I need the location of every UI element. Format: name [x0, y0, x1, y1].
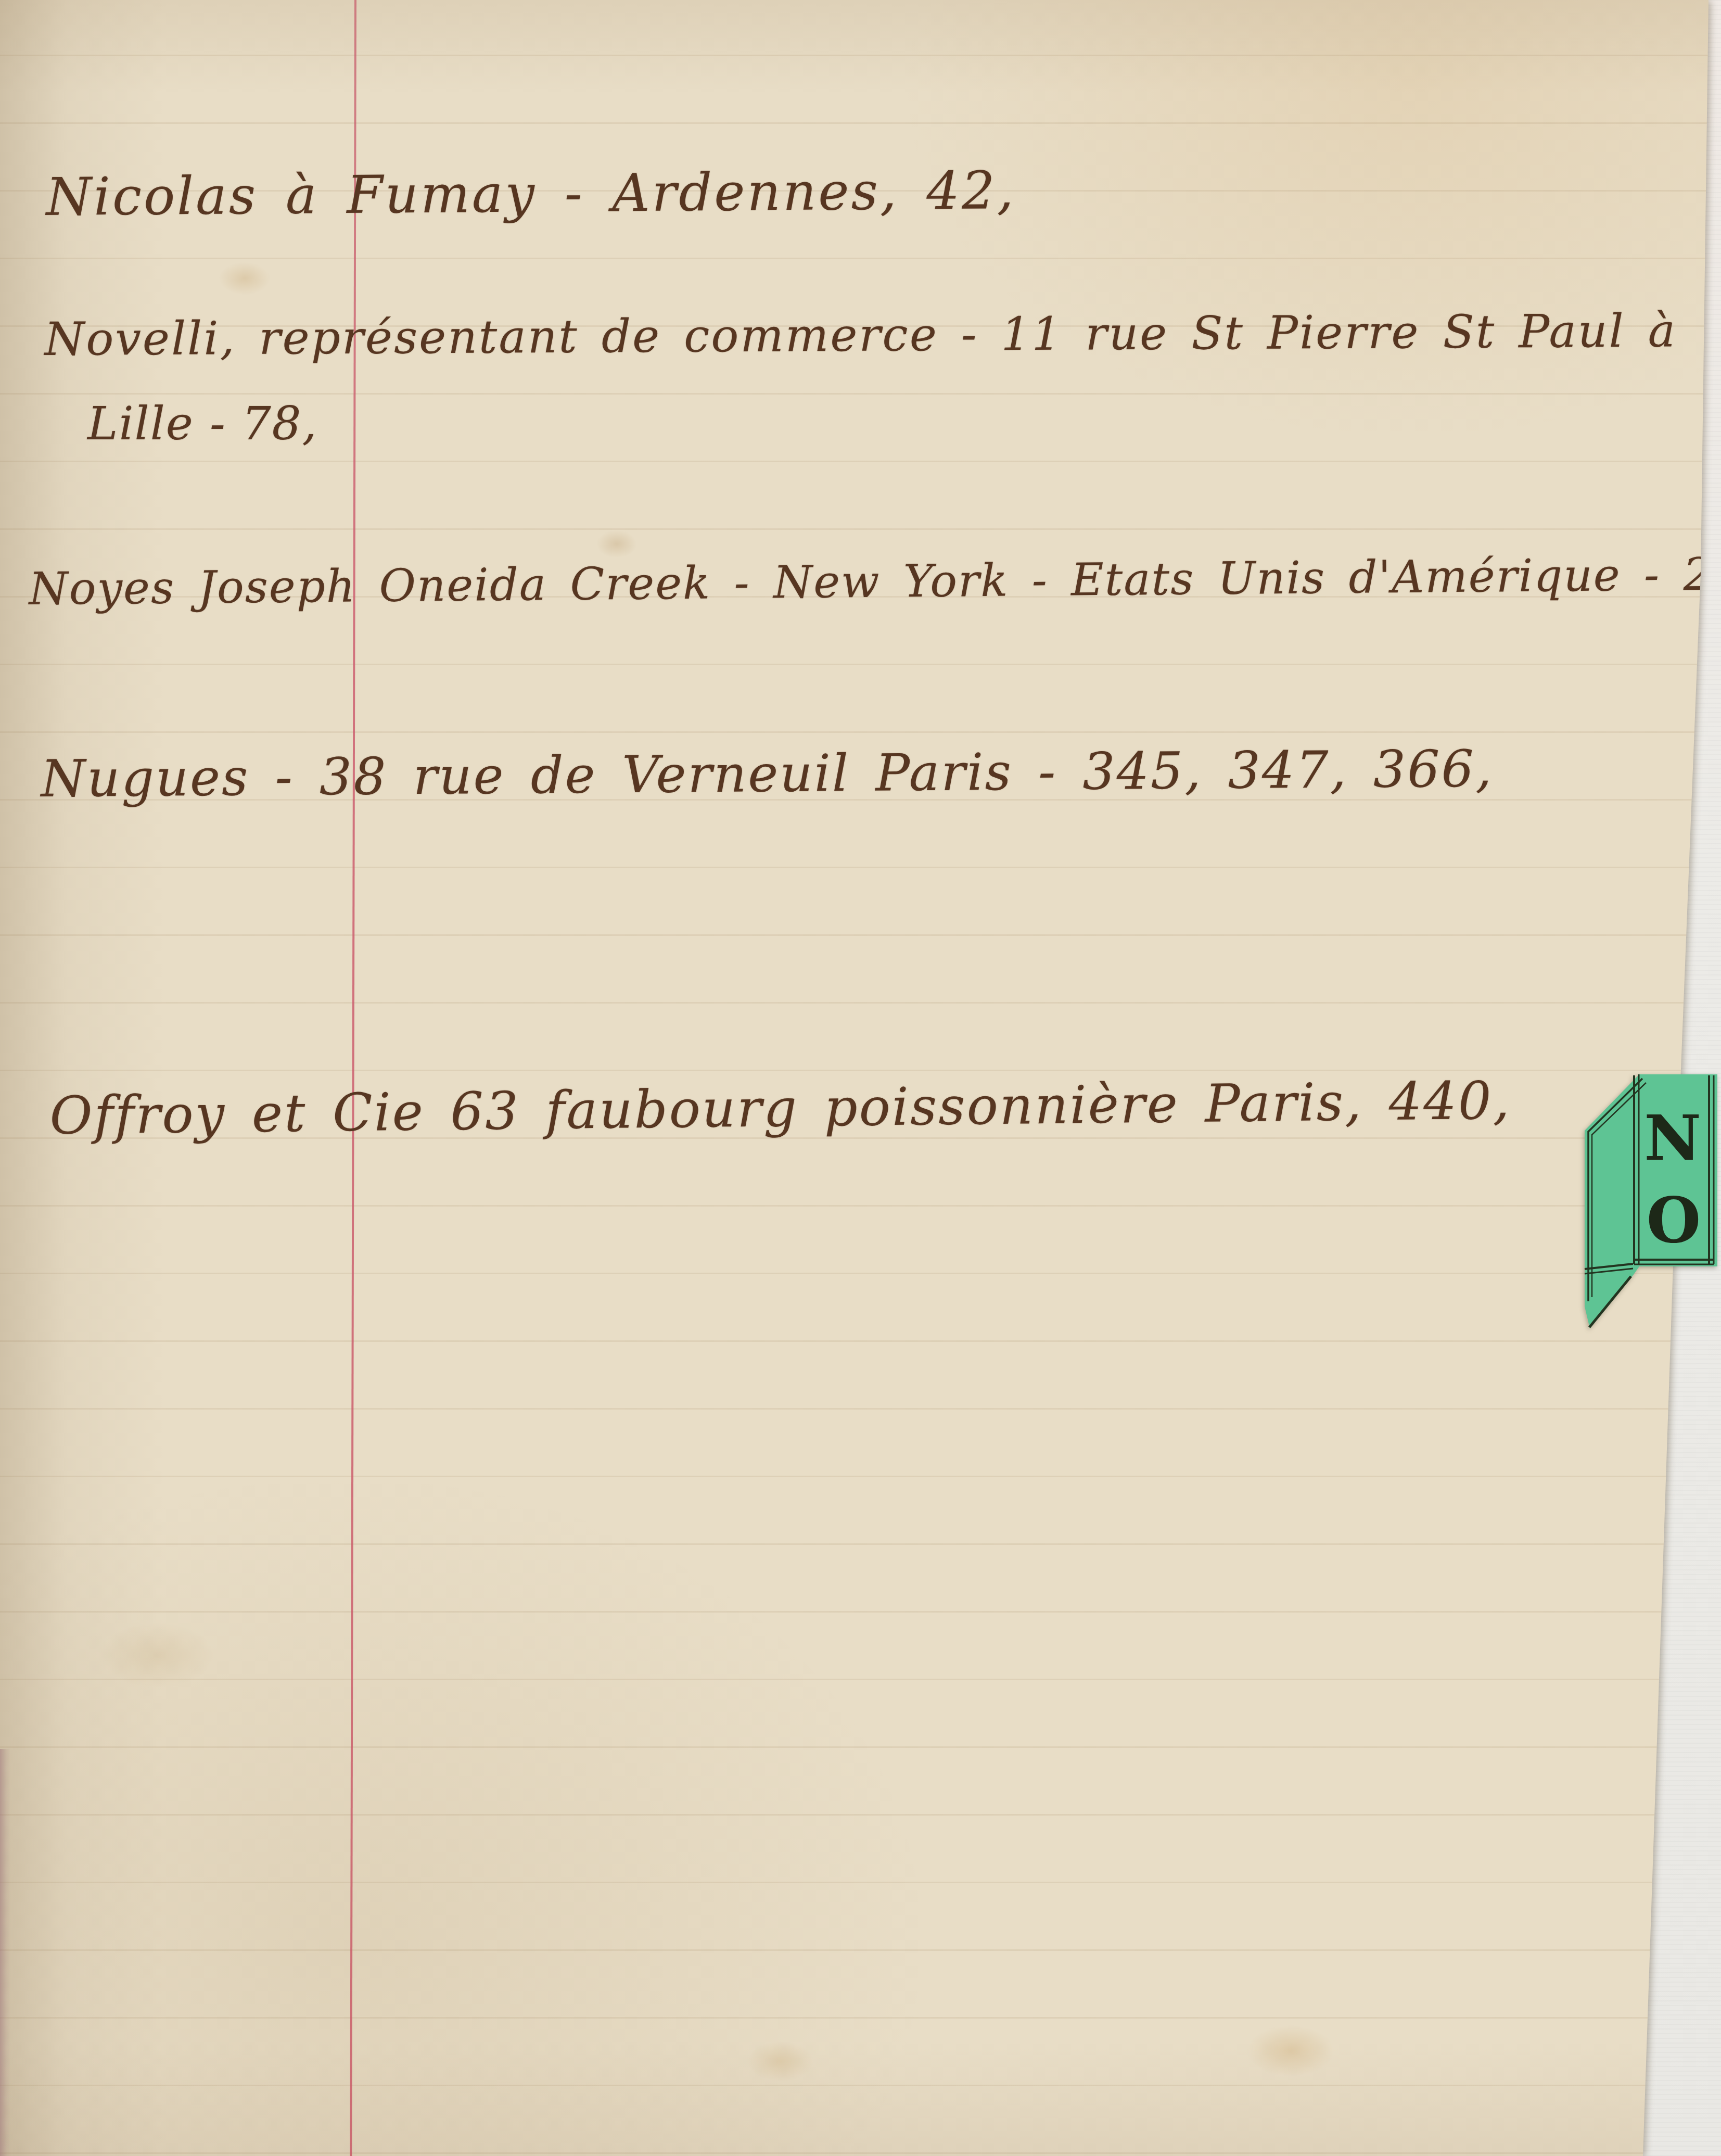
entry-novelli-line2: Lille - 78,: [87, 397, 318, 450]
entry-noyes-line: Noyes Joseph Oneida Creek - New York - E…: [29, 548, 1721, 615]
entry-offroy-line: Offroy et Cie 63 faubourg poissonnière P…: [49, 1070, 1511, 1146]
scanned-ledger-page: Nicolas à Fumay - Ardennes, 42, Novelli,…: [0, 0, 1721, 2156]
entry-nugues-line: Nugues - 38 rue de Verneuil Paris - 345,…: [41, 740, 1493, 809]
ledger-page: Nicolas à Fumay - Ardennes, 42, Novelli,…: [0, 0, 1721, 2156]
entry-novelli-line1: Novelli, représentant de commerce - 11 r…: [44, 304, 1677, 366]
index-tab-no: N O: [1578, 1071, 1721, 1331]
tab-letter-n: N: [1644, 1101, 1701, 1175]
page-edge-shadow: Nicolas à Fumay - Ardennes, 42, Novelli,…: [0, 0, 1721, 2156]
tab-letter-o: O: [1647, 1184, 1701, 1257]
previous-page-edge: [0, 1749, 10, 2156]
entry-nicolas-line: Nicolas à Fumay - Ardennes, 42,: [46, 160, 1016, 227]
